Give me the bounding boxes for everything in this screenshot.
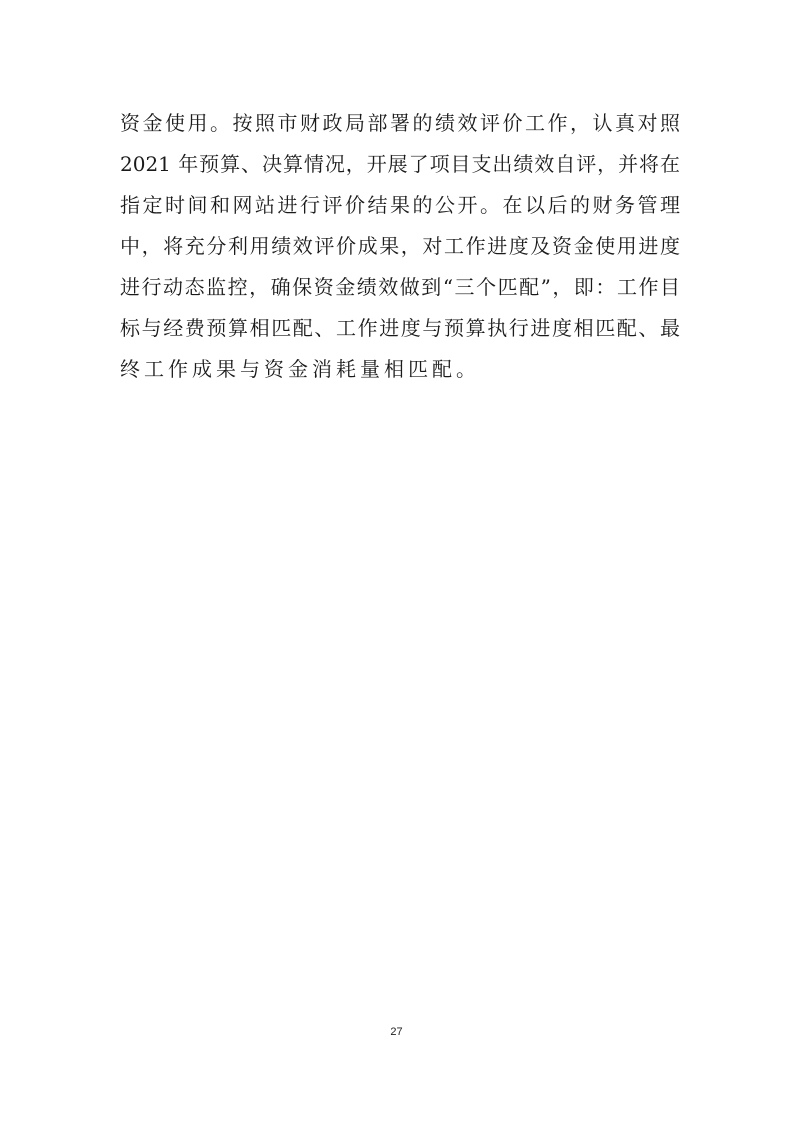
page-number: 27: [0, 1026, 793, 1038]
paragraph-line: 进行动态监控，确保资金绩效做到“三个匹配”，即：工作目: [120, 267, 680, 308]
paragraph-line: 资金使用。按照市财政局部署的绩效评价工作，认真对照: [120, 103, 680, 144]
paragraph-line: 中，将充分利用绩效评价成果，对工作进度及资金使用进度: [120, 226, 680, 267]
document-page: 资金使用。按照市财政局部署的绩效评价工作，认真对照 2021 年预算、决算情况，…: [0, 0, 793, 1122]
body-paragraph: 资金使用。按照市财政局部署的绩效评价工作，认真对照 2021 年预算、决算情况，…: [120, 103, 680, 390]
paragraph-line-last: 终工作成果与资金消耗量相匹配。: [120, 349, 680, 390]
paragraph-line: 标与经费预算相匹配、工作进度与预算执行进度相匹配、最: [120, 308, 680, 349]
paragraph-line: 2021 年预算、决算情况，开展了项目支出绩效自评，并将在: [120, 144, 680, 185]
paragraph-line: 指定时间和网站进行评价结果的公开。在以后的财务管理: [120, 185, 680, 226]
